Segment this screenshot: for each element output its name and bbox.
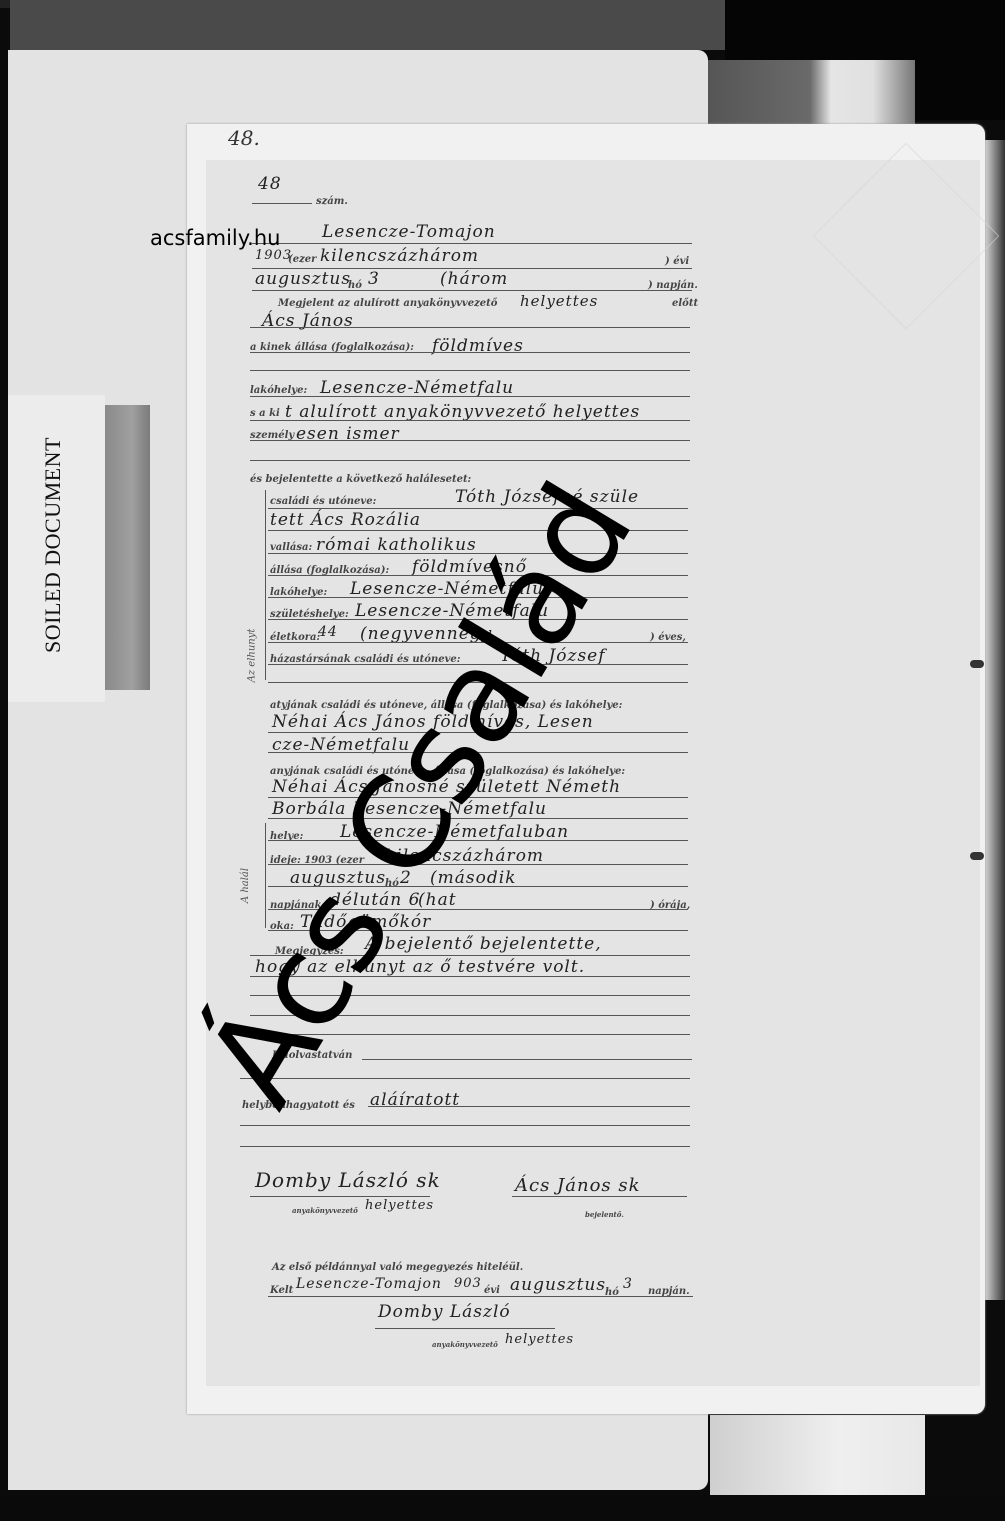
rule (250, 352, 690, 353)
deceased-name-label: családi és utóneve: (270, 496, 376, 507)
informant-occupation: földmíves (432, 336, 524, 356)
appeared-suffix: előtt (672, 298, 698, 309)
certification-signature: Domby László (378, 1302, 511, 1322)
rule (512, 1196, 687, 1197)
record-year-words: kilencszázhárom (320, 246, 479, 266)
kelt-day: 3 (623, 1276, 633, 1292)
deceased-age: 44 (318, 624, 338, 640)
scanner-background (10, 0, 730, 50)
informant-name: Ács János (262, 311, 354, 331)
certification-line: Az első példánnyal való megegyezés hitel… (272, 1262, 523, 1273)
deceased-name-cont: tett Ács Rozália (270, 510, 421, 530)
religion-label: vallása: (270, 542, 312, 553)
rule (240, 1146, 690, 1147)
informant-signature: Ács János sk (515, 1175, 641, 1196)
tape-strip (105, 405, 150, 690)
kelt-year: 903 (454, 1276, 482, 1291)
page-number: 48. (228, 126, 260, 150)
informant-caption: bejelentő. (585, 1210, 624, 1219)
rule (362, 1059, 692, 1060)
section-bracket (265, 490, 266, 680)
appeared-value: helyettes (520, 292, 598, 310)
deceased-section-label: Az elhunyt (246, 629, 257, 683)
personally-value: esen ismer (296, 424, 400, 444)
scanner-background (0, 1495, 1005, 1521)
binding-clip-icon (970, 660, 984, 668)
record-month: augusztus (255, 269, 351, 289)
rule (250, 420, 690, 421)
residence-label: lakóhelye: (250, 385, 307, 396)
rule (250, 370, 690, 371)
certification-role: helyettes (505, 1332, 574, 1347)
record-place: Lesencze-Tomajon (322, 222, 496, 242)
rule (250, 327, 690, 328)
known-value: t alulírott anyakönyvvezető helyettes (285, 402, 640, 422)
rule (368, 1106, 690, 1107)
known-prefix: s a ki (250, 408, 280, 419)
rule (252, 290, 692, 291)
binding-clip-icon (970, 852, 984, 860)
registrar-signature: Domby László sk (255, 1168, 441, 1192)
record-number: 48 (258, 174, 282, 194)
scanner-background (705, 60, 915, 125)
registrar-role: helyettes (365, 1198, 434, 1213)
kelt-label: Kelt (270, 1285, 293, 1296)
kelt-month: augusztus (510, 1275, 606, 1295)
rule (268, 1296, 693, 1297)
certification-caption: anyakönyvvezető (432, 1340, 498, 1349)
book-edge (985, 140, 1005, 1300)
year-suffix: ) évi (665, 256, 689, 267)
site-watermark: acsfamily.hu (150, 226, 280, 250)
record-day-words: (három (440, 269, 508, 289)
appeared-label: Megjelent az alulírott anyakönyvvezető (278, 298, 497, 309)
number-label: szám. (316, 196, 348, 207)
rule (252, 203, 312, 204)
soiled-document-text: SOILED DOCUMENT (40, 395, 70, 695)
record-day: 3 (368, 269, 380, 289)
kelt-year-label: évi (484, 1285, 500, 1296)
scanner-background (710, 1415, 925, 1495)
informant-residence: Lesencze-Németfalu (320, 378, 514, 398)
registrar-caption: anyakönyvvezető (292, 1206, 358, 1215)
announced-label: és bejelentette a következő halálesetet: (250, 474, 471, 485)
kelt-place: Lesencze-Tomajon (296, 1276, 442, 1292)
rule (250, 396, 690, 397)
year-label: (ezer (288, 254, 316, 265)
death-section-label: A halál (240, 868, 251, 903)
rule (252, 243, 692, 244)
record-year: 1903 (255, 248, 292, 263)
deceased-religion: római katholikus (316, 535, 477, 555)
rule (250, 1196, 430, 1197)
rule (250, 440, 690, 441)
rule (375, 1328, 555, 1329)
approved-value: aláíratott (370, 1090, 460, 1110)
